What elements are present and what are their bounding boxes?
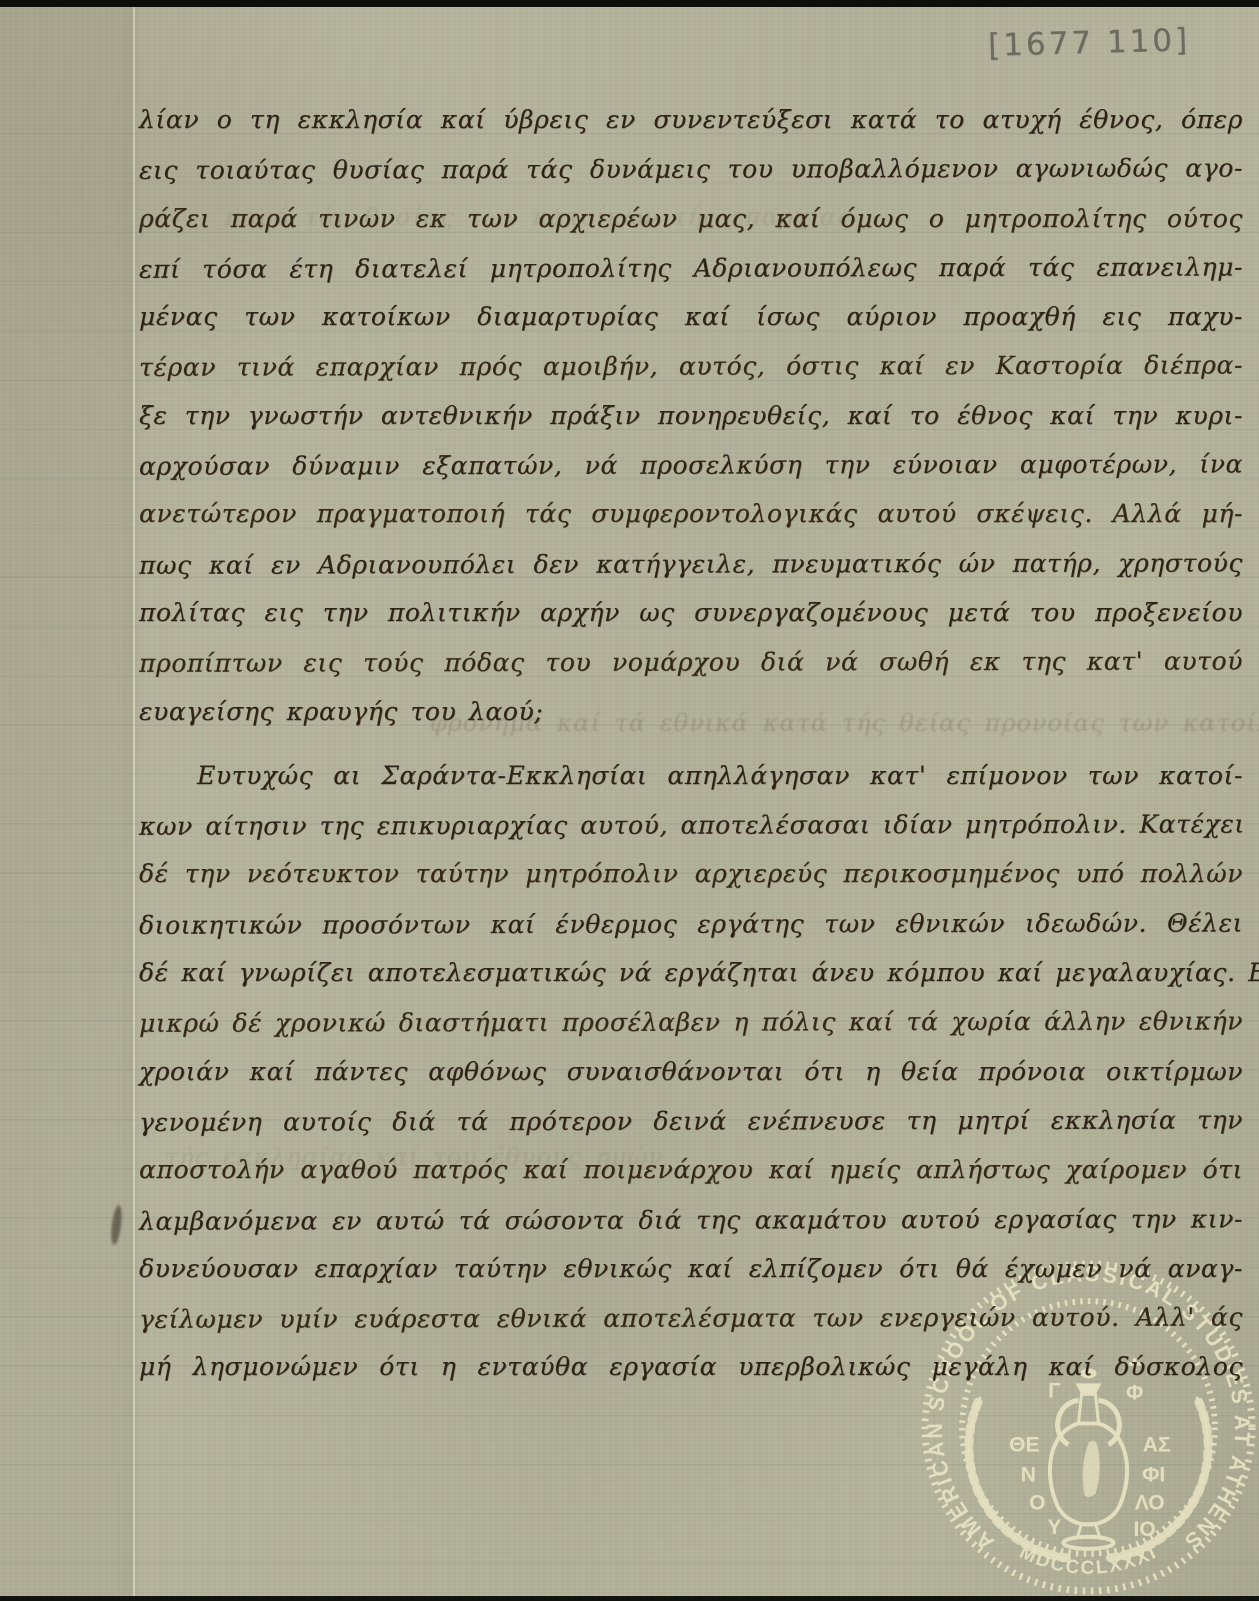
- handwritten-line: μή λησμονώμεν ότι η ενταύθα εργασία υπερ…: [139, 1342, 1243, 1391]
- handwritten-line: μένας των κατοίκων διαμαρτυρίας καί ίσως…: [139, 292, 1243, 341]
- left-margin-strip: [0, 7, 134, 1596]
- handwritten-line: δέ την νεότευκτον ταύτην μητρόπολιν αρχι…: [139, 849, 1243, 898]
- paragraph-1: λίαν ο τη εκκλησία καί ύβρεις εν συνεντε…: [139, 95, 1243, 736]
- handwritten-line: Ευτυχώς αι Σαράντα-Εκκλησίαι απηλλάγησαν…: [139, 751, 1243, 800]
- handwritten-line: αρχούσαν δύναμιν εξαπατών, νά προσελκύση…: [139, 440, 1243, 492]
- paper-fold-line: [133, 7, 135, 1596]
- handwritten-line: επί τόσα έτη διατελεί μητροπολίτης Αδρια…: [139, 242, 1243, 294]
- handwritten-line: πολίτας εις την πολιτικήν αρχήν ως συνερ…: [139, 588, 1243, 637]
- handwritten-line: δυνεύουσαν επαρχίαν ταύτην εθνικώς καί ε…: [139, 1244, 1243, 1293]
- handwritten-line: εις τοιαύτας θυσίας παρά τάς δυνάμεις το…: [139, 144, 1243, 196]
- handwritten-line: δέ καί γνωρίζει αποτελεσματικώς νά εργάζ…: [139, 948, 1243, 997]
- handwritten-line: διοικητικών προσόντων καί ένθερμος εργάτ…: [139, 898, 1243, 950]
- scan-edge-bottom: [0, 1596, 1259, 1601]
- svg-text:Υ: Υ: [1047, 1516, 1061, 1539]
- handwritten-line: αποστολήν αγαθού πατρός καί ποιμενάρχου …: [139, 1145, 1243, 1194]
- handwritten-line: κων αίτησιν της επικυριαρχίας αυτού, απο…: [139, 800, 1243, 852]
- handwritten-line: ευαγείσης κραυγής του λαού;: [139, 687, 1243, 736]
- svg-text:ΦΙ: ΦΙ: [1142, 1464, 1165, 1487]
- handwritten-line: μικρώ δέ χρονικώ διαστήματι προσέλαβεν η…: [139, 997, 1243, 1049]
- handwritten-line: τέραν τινά επαρχίαν πρός αμοιβήν, αυτός,…: [139, 341, 1243, 393]
- handwritten-line: χροιάν καί πάντες αφθόνως συναισθάνονται…: [139, 1047, 1243, 1096]
- svg-text:ΑΣ: ΑΣ: [1143, 1434, 1171, 1457]
- handwritten-line: λίαν ο τη εκκλησία καί ύβρεις εν συνεντε…: [139, 95, 1243, 144]
- handwritten-line: γενομένη αυτοίς διά τά πρότερον δεινά εν…: [139, 1095, 1243, 1147]
- svg-text:Ν: Ν: [1021, 1464, 1036, 1487]
- handwritten-line: ανετώτερον πραγματοποιή τάς συμφεροντολο…: [139, 489, 1243, 538]
- handwritten-line: προπίπτων εις τούς πόδας του νομάρχου δι…: [139, 637, 1243, 689]
- handwritten-line: ξε την γνωστήν αντεθνικήν πράξιν πονηρευ…: [139, 391, 1243, 440]
- paragraph-2: Ευτυχώς αι Σαράντα-Εκκλησίαι απηλλάγησαν…: [139, 751, 1243, 1392]
- scan-edge-top: [0, 0, 1259, 7]
- handwritten-line: ράζει παρά τινων εκ των αρχιερέων μας, κ…: [139, 194, 1243, 243]
- svg-text:Ο: Ο: [1029, 1492, 1045, 1515]
- handwritten-text: λίαν ο τη εκκλησία καί ύβρεις εν συνεντε…: [139, 95, 1243, 1392]
- handwritten-line: λαμβανόμενα εν αυτώ τά σώσοντα διά της α…: [139, 1194, 1243, 1246]
- manuscript-paper: φρόνημα καί τά εθνικά κατά τής θείας προ…: [0, 7, 1259, 1596]
- svg-text:ΛΟ: ΛΟ: [1135, 1492, 1165, 1515]
- archive-reference-number: [1677 110]: [988, 22, 1191, 64]
- handwritten-line: πως καί εν Αδριανουπόλει δεν κατήγγειλε,…: [139, 538, 1243, 590]
- handwritten-line: γείλωμεν υμίν ευάρεστα εθνικά αποτελέσμα…: [139, 1293, 1243, 1345]
- svg-text:ΘΕ: ΘΕ: [1009, 1434, 1039, 1457]
- svg-text:ΙΟ: ΙΟ: [1134, 1518, 1156, 1541]
- amphora-icon: [1050, 1368, 1127, 1549]
